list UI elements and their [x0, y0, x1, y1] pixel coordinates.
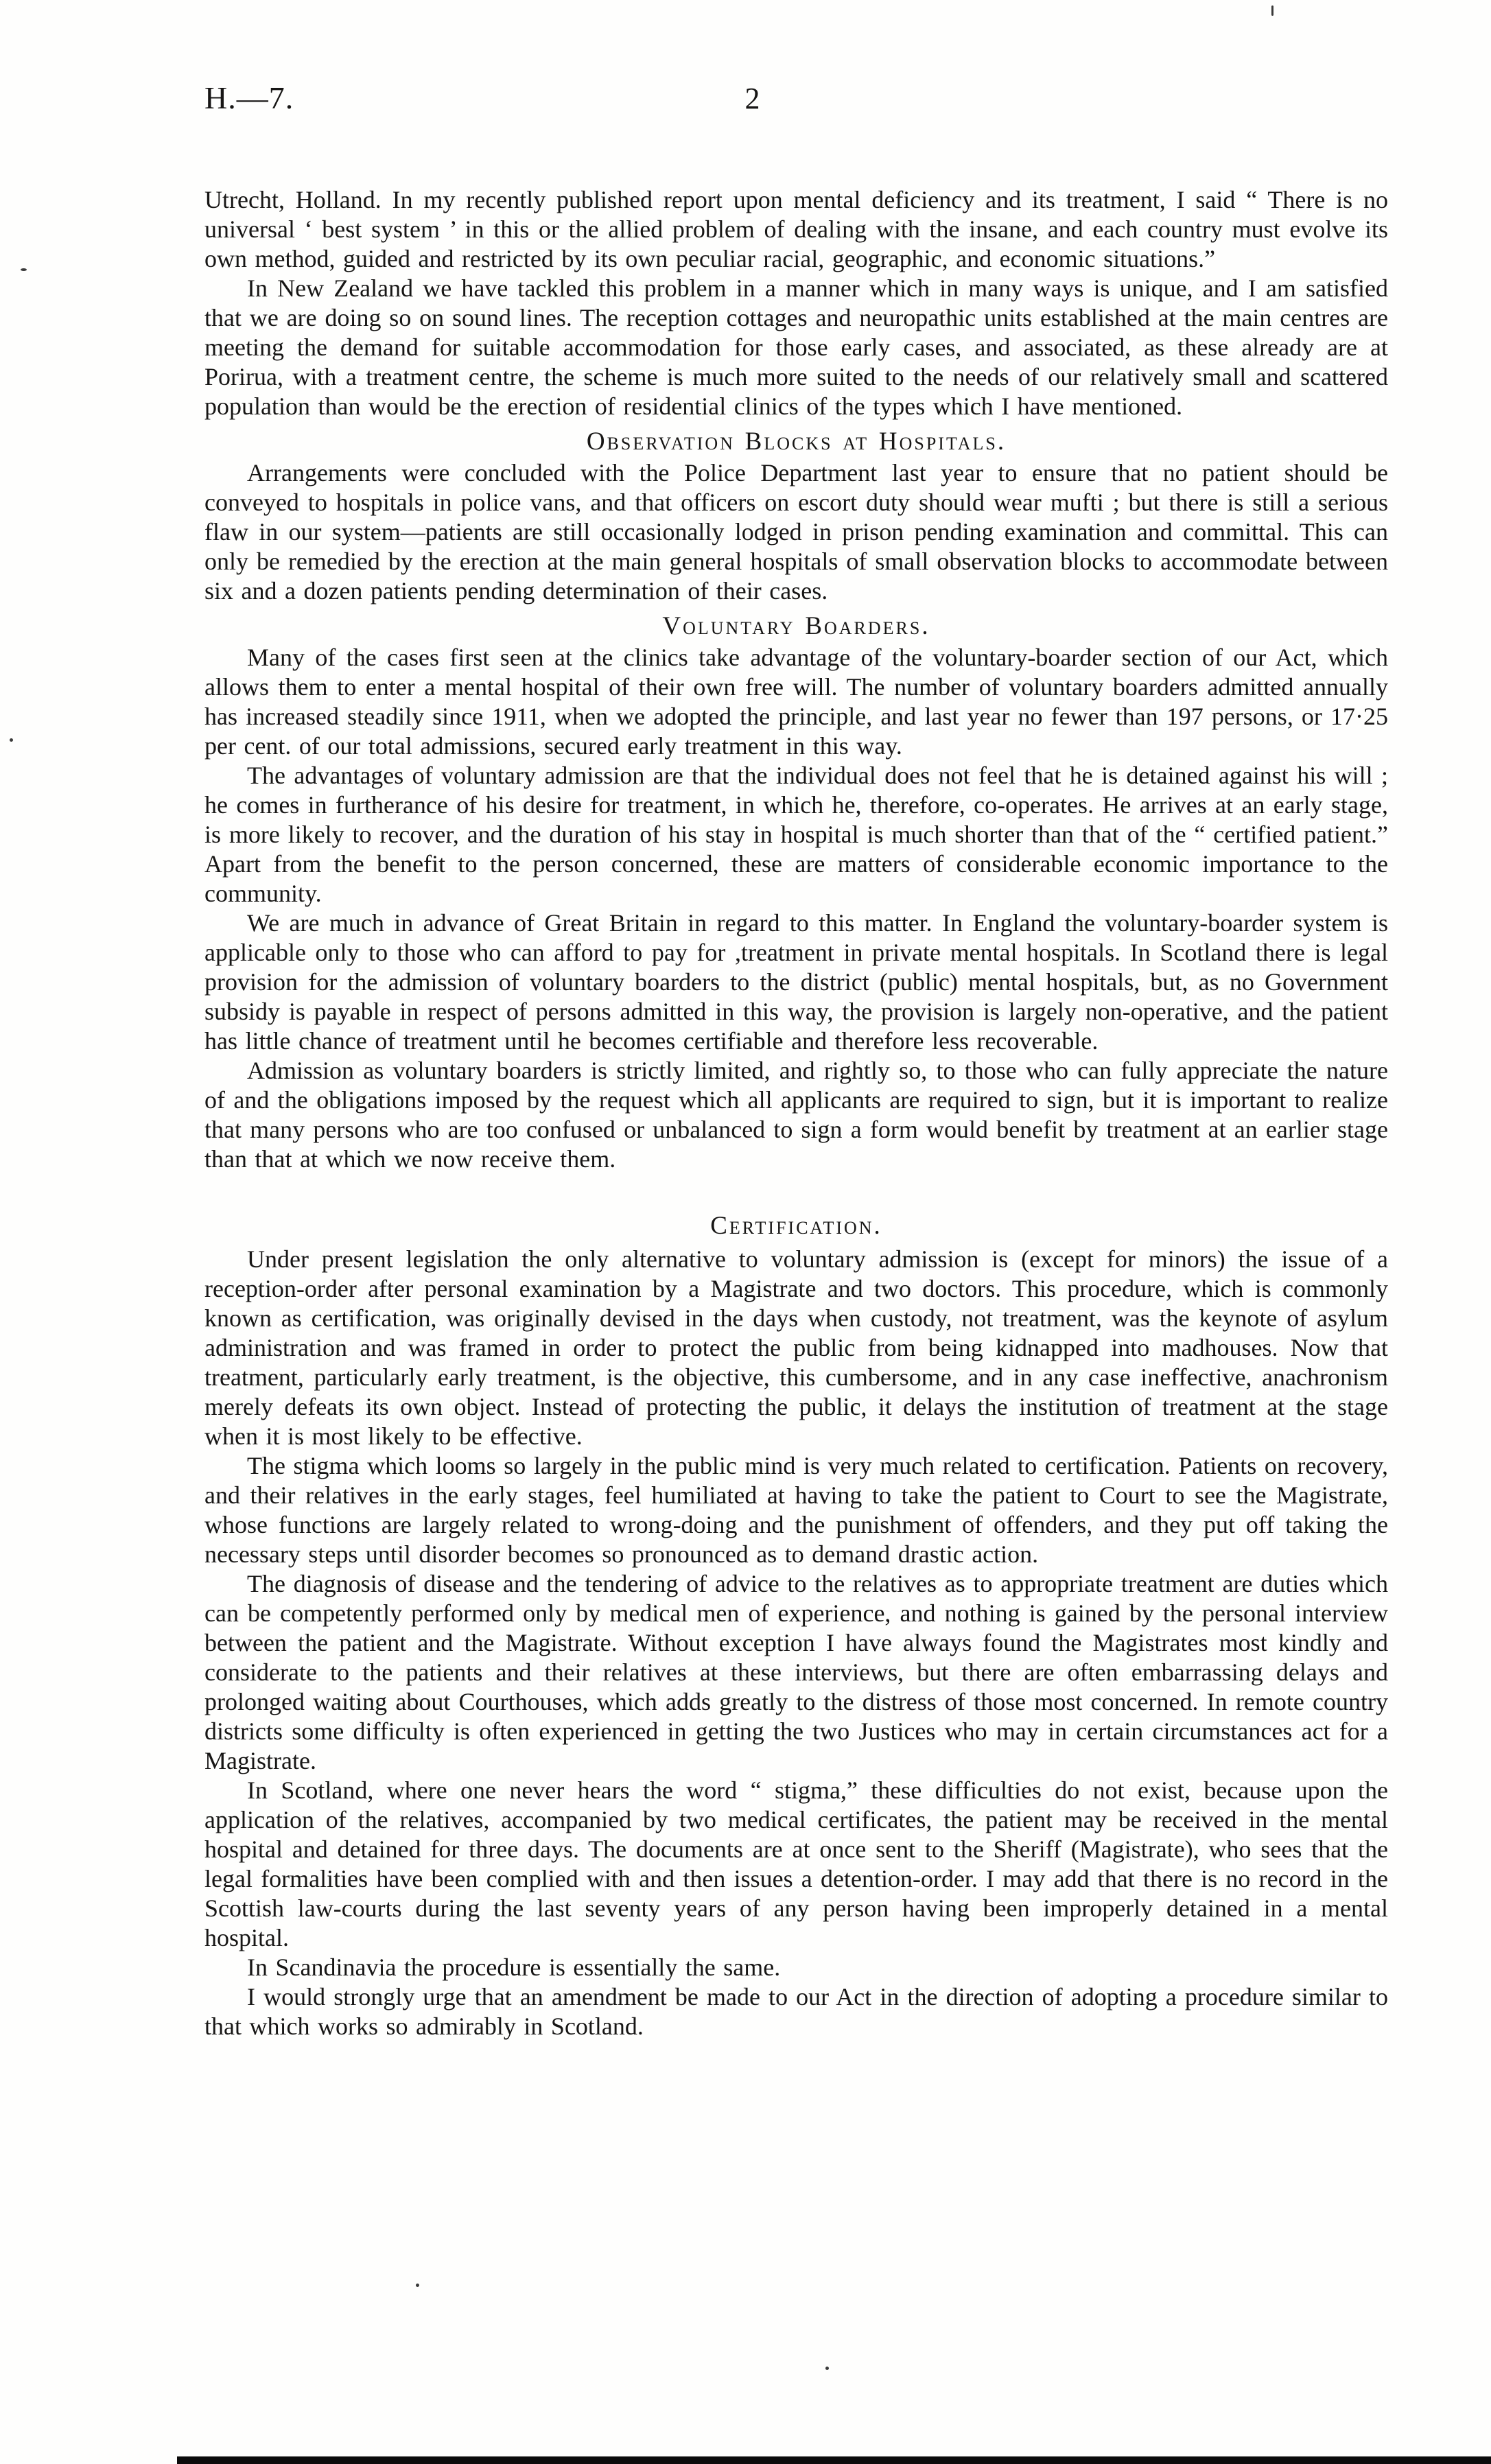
- report-code: H.—7.: [204, 80, 294, 116]
- body-paragraph: In New Zealand we have tackled this prob…: [204, 274, 1388, 421]
- scan-speck: [10, 738, 13, 742]
- scan-edge-artifact: [177, 2456, 1491, 2464]
- body-paragraph: In Scandinavia the procedure is essentia…: [204, 1953, 1388, 1982]
- body-paragraph: I would strongly urge that an amendment …: [204, 1982, 1388, 2041]
- document-body: Utrecht, Holland. In my recently publish…: [204, 185, 1388, 2041]
- body-paragraph: The advantages of voluntary admission ar…: [204, 761, 1388, 908]
- page-number: 2: [745, 81, 760, 116]
- scan-speck: [825, 2367, 829, 2370]
- body-paragraph: The diagnosis of disease and the tenderi…: [204, 1569, 1388, 1776]
- section-heading: Observation Blocks at Hospitals.: [204, 427, 1388, 456]
- body-paragraph: Admission as voluntary boarders is stric…: [204, 1056, 1388, 1174]
- document-page: H.—7. 2 Utrecht, Holland. In my recently…: [0, 0, 1491, 2464]
- body-paragraph: The stigma which looms so largely in the…: [204, 1451, 1388, 1569]
- section-heading: Voluntary Boarders.: [204, 611, 1388, 641]
- body-paragraph: In Scotland, where one never hears the w…: [204, 1776, 1388, 1953]
- body-paragraph: We are much in advance of Great Britain …: [204, 908, 1388, 1056]
- body-paragraph: Arrangements were concluded with the Pol…: [204, 458, 1388, 606]
- page-header: H.—7. 2: [204, 80, 1388, 122]
- body-paragraph: Many of the cases first seen at the clin…: [204, 643, 1388, 761]
- scan-speck: [21, 268, 27, 271]
- body-paragraph: Under present legislation the only alter…: [204, 1245, 1388, 1451]
- body-paragraph: Utrecht, Holland. In my recently publish…: [204, 185, 1388, 274]
- scan-speck: [1271, 5, 1273, 16]
- scan-speck: [416, 2284, 419, 2287]
- section-heading: Certification.: [204, 1211, 1388, 1241]
